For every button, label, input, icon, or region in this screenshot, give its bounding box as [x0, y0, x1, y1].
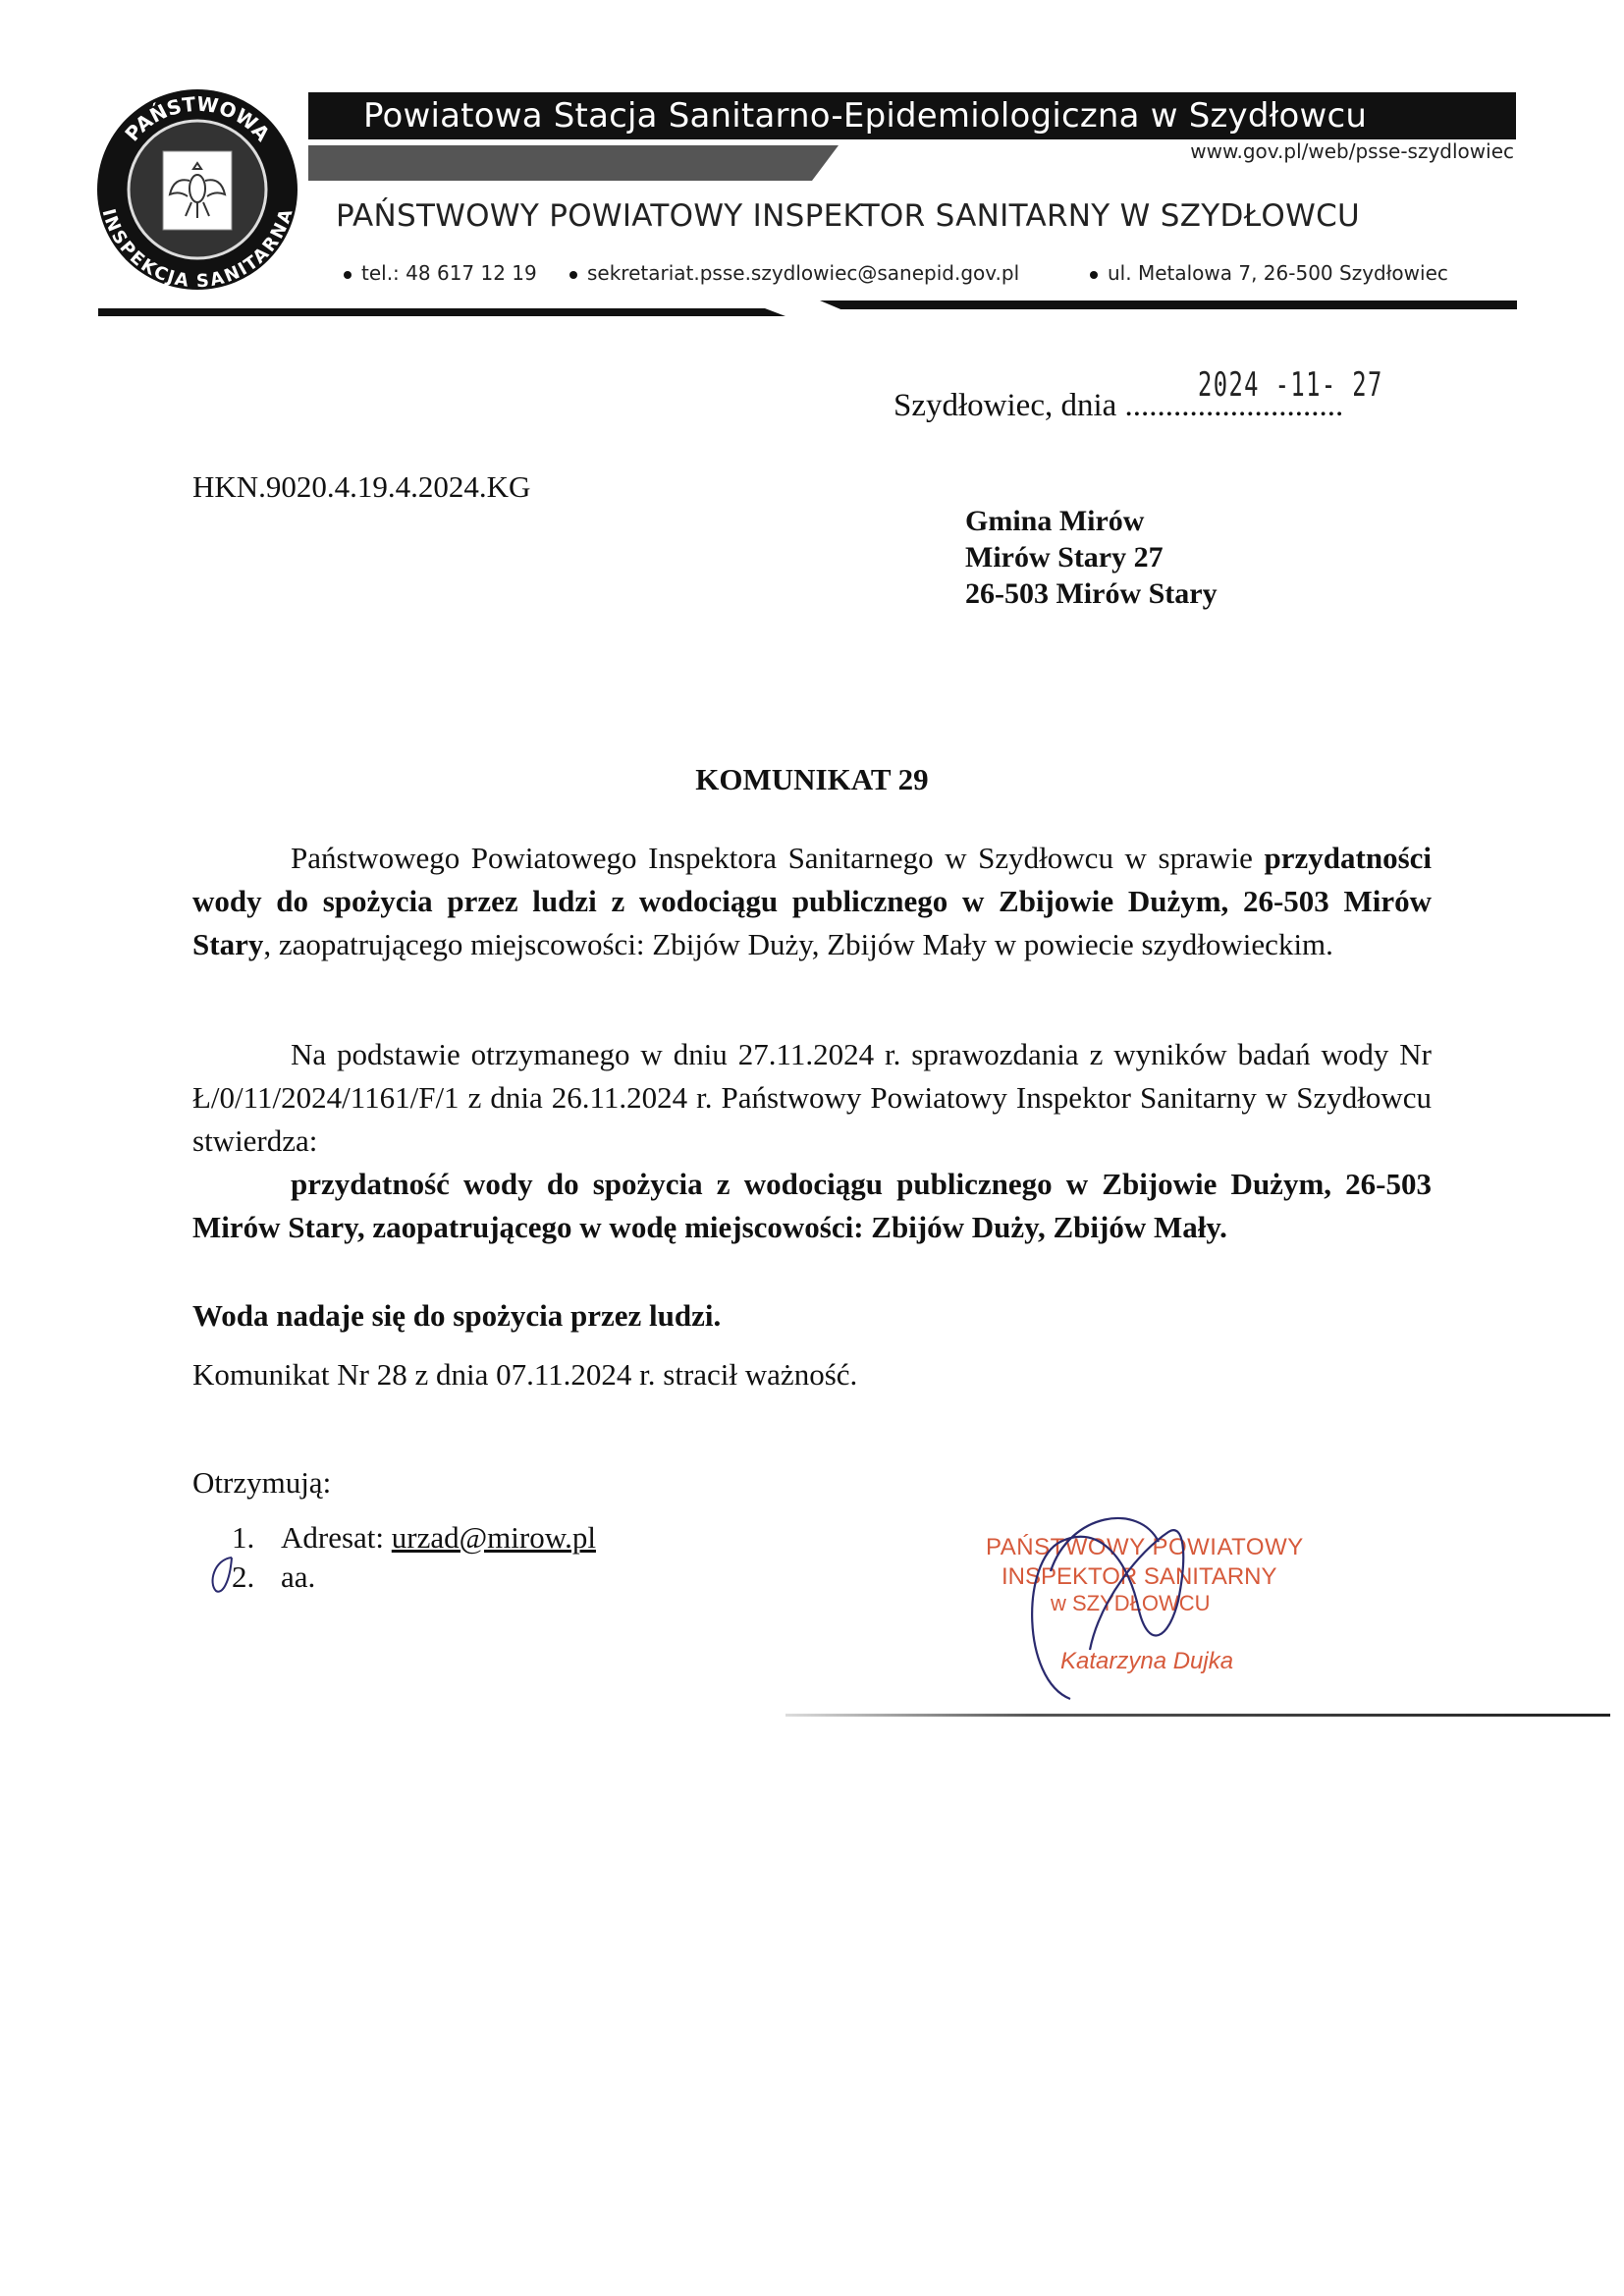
recipient-email-link[interactable]: urzad@mirow.pl	[392, 1518, 596, 1558]
intro-paragraph: Państwowego Powiatowego Inspektora Sanit…	[192, 837, 1432, 966]
expired-notice: Komunikat Nr 28 z dnia 07.11.2024 r. str…	[192, 1353, 1432, 1396]
bullet-icon	[344, 271, 352, 279]
case-reference: HKN.9020.4.19.4.2024.KG	[192, 469, 530, 505]
recipients-label: Otrzymują:	[192, 1461, 1432, 1504]
header-divider-left	[98, 308, 785, 316]
basis-paragraph: Na podstawie otrzymanego w dniu 27.11.20…	[192, 1033, 1432, 1163]
recipient-line-2: Mirów Stary 27	[965, 539, 1218, 575]
document-title: KOMUNIKAT 29	[0, 762, 1624, 797]
header-divider-right	[820, 301, 1517, 309]
decorative-bar	[308, 145, 839, 181]
signature-line	[785, 1714, 1610, 1717]
finding-paragraph: przydatność wody do spożycia z wodociągu…	[192, 1163, 1432, 1249]
bullet-icon	[569, 271, 577, 279]
date-stamp: 2024 -11- 27	[1198, 365, 1383, 405]
inspection-logo: PAŃSTWOWA INSPEKCJA SANITARNA	[94, 86, 300, 293]
contact-row: tel.: 48 617 12 19 sekretariat.psse.szyd…	[344, 261, 1492, 285]
inspector-title: PAŃSTWOWY POWIATOWY INSPEKTOR SANITARNY …	[336, 198, 1360, 234]
recipient-address: Gmina Mirów Mirów Stary 27 26-503 Mirów …	[965, 503, 1218, 612]
recipient-line-1: Gmina Mirów	[965, 503, 1218, 539]
recipients-list: 1. Adresat: urzad@mirow.pl 2. aa.	[232, 1518, 596, 1597]
handwritten-circle-mark	[208, 1554, 238, 1595]
conclusion: Woda nadaje się do spożycia przez ludzi.	[192, 1294, 1432, 1338]
address-contact: ul. Metalowa 7, 26-500 Szydłowiec	[1090, 261, 1448, 285]
list-item: 2. aa.	[232, 1558, 596, 1597]
website-link[interactable]: www.gov.pl/web/psse-szydlowiec	[1190, 139, 1514, 163]
handwritten-signature	[1011, 1503, 1257, 1709]
list-item: 1. Adresat: urzad@mirow.pl	[232, 1518, 596, 1558]
email-contact[interactable]: sekretariat.psse.szydlowiec@sanepid.gov.…	[569, 261, 1090, 285]
recipient-line-3: 26-503 Mirów Stary	[965, 575, 1218, 612]
phone-contact: tel.: 48 617 12 19	[344, 261, 569, 285]
institution-title: Powiatowa Stacja Sanitarno-Epidemiologic…	[308, 92, 1516, 139]
bullet-icon	[1090, 271, 1098, 279]
